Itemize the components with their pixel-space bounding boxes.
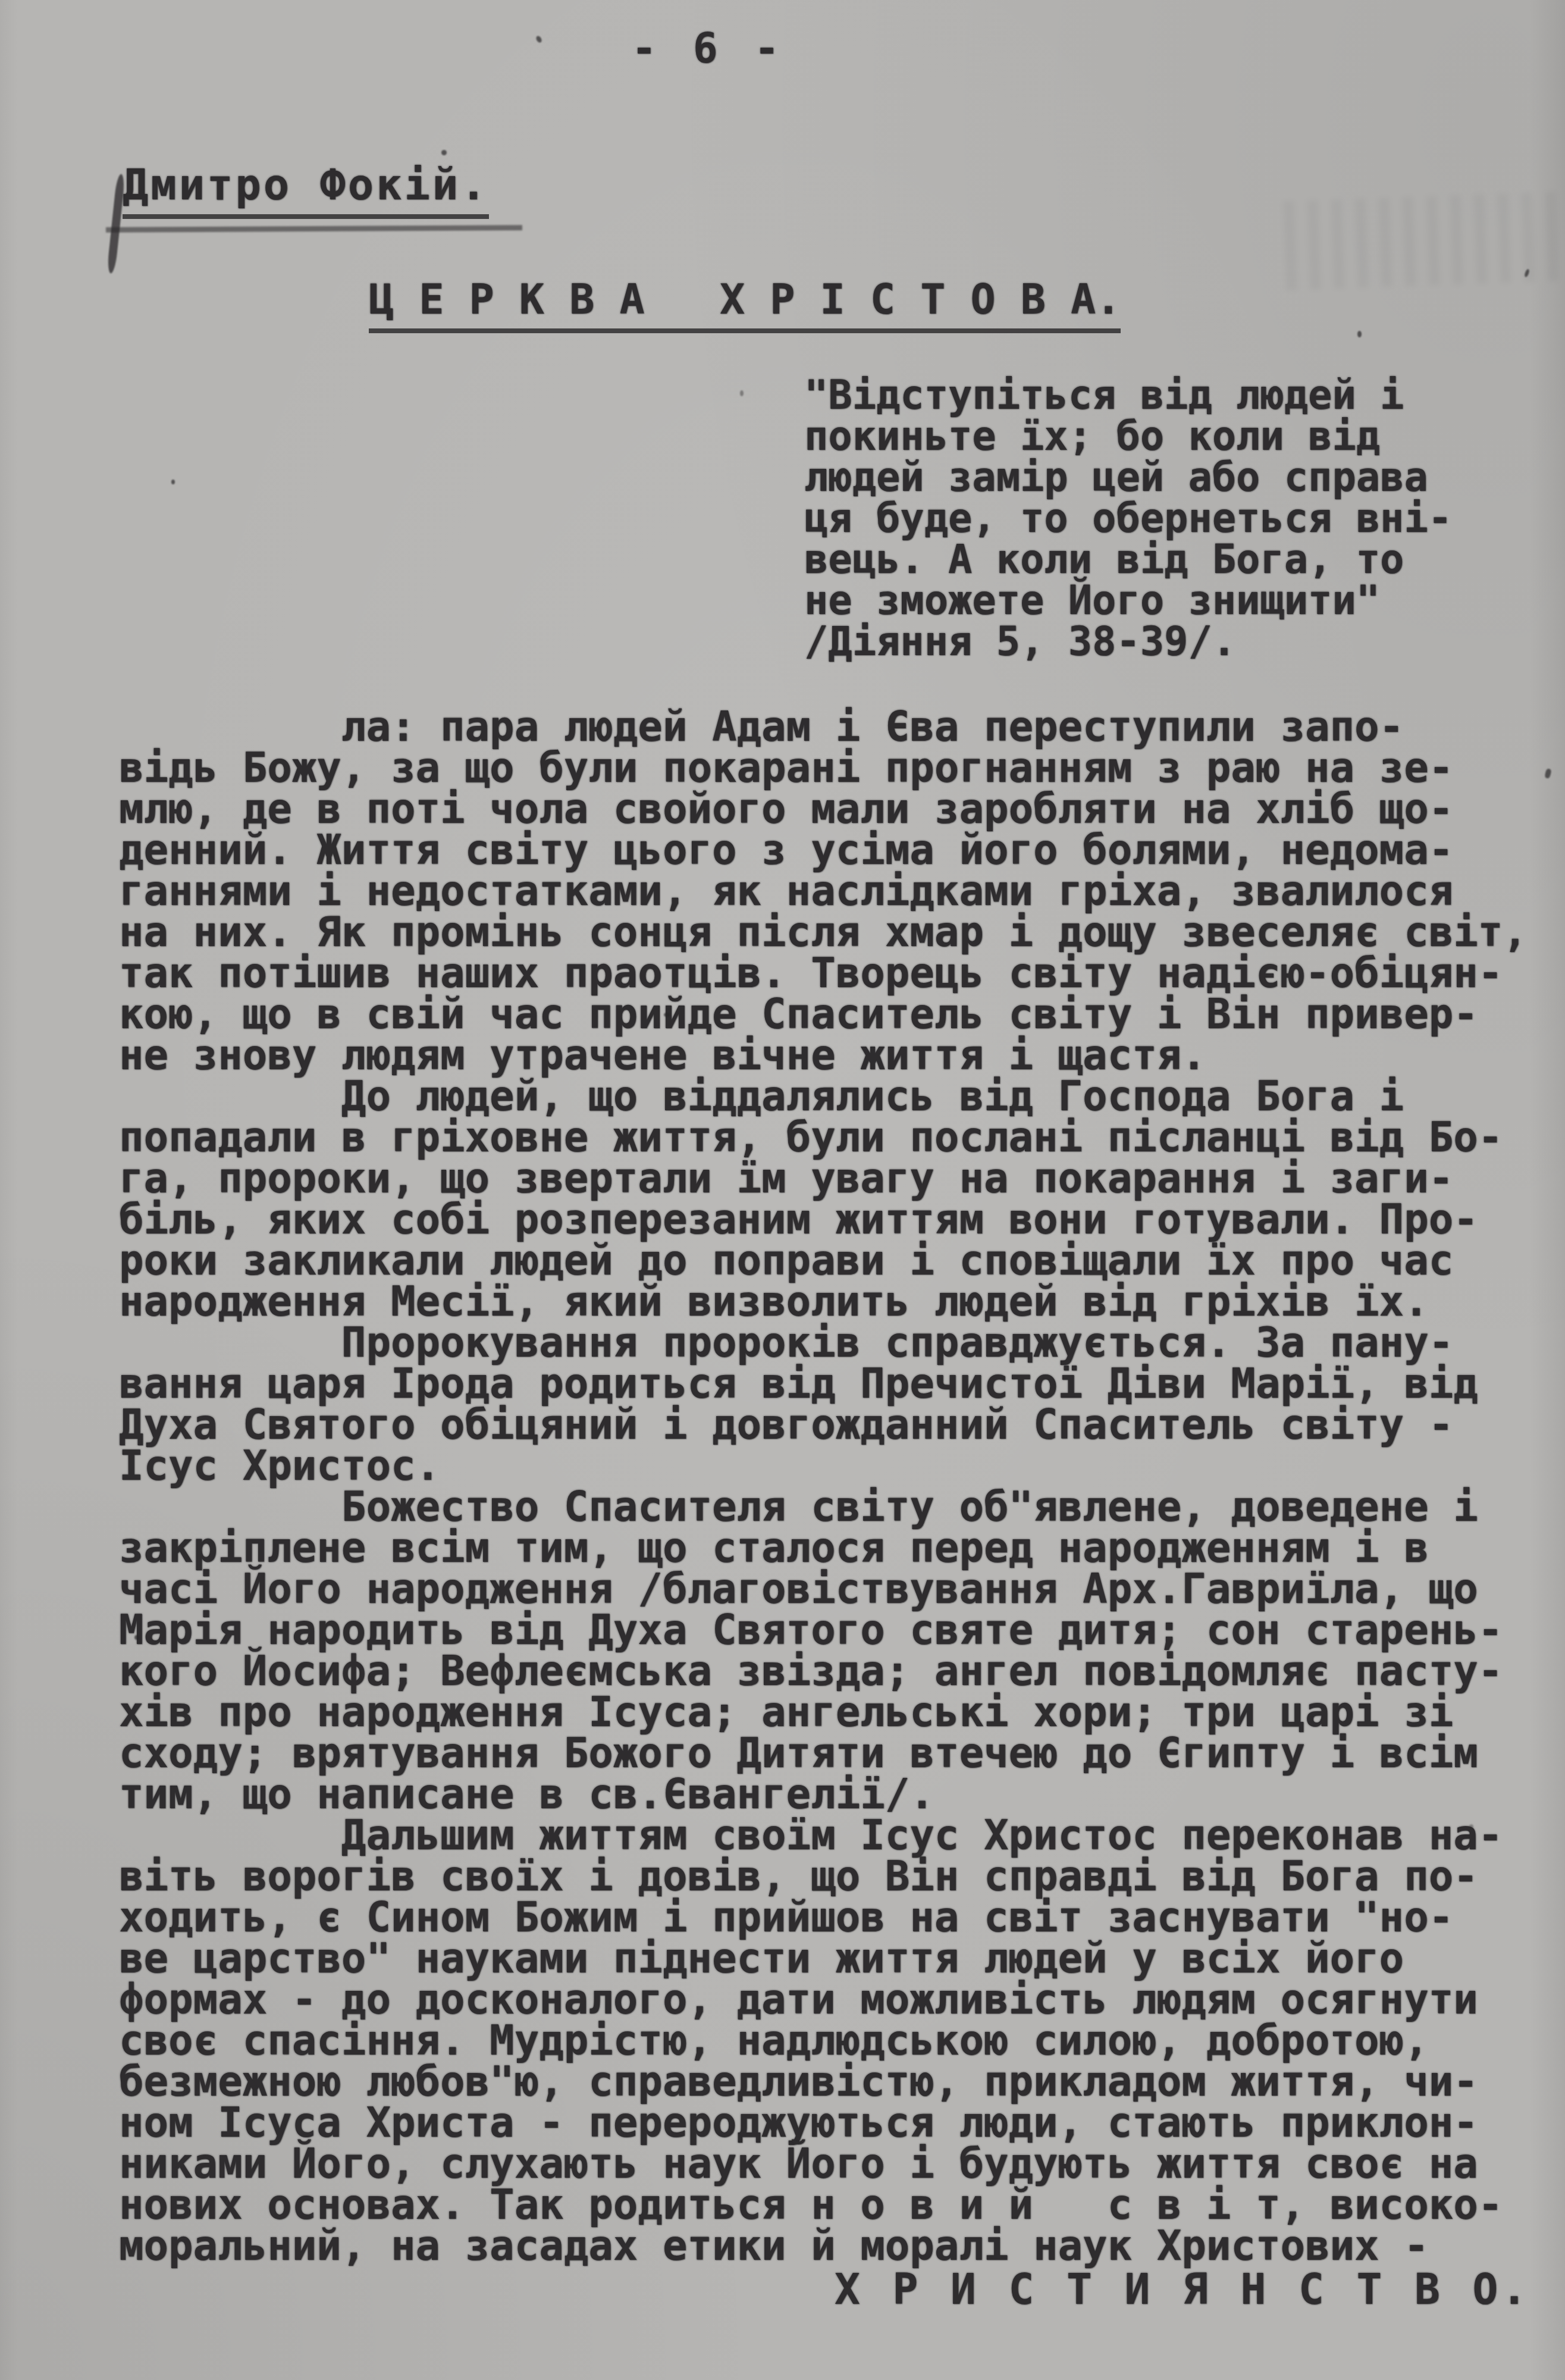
body-text-line: на них. Як промінь сонця після хмар і до… [119,912,1528,953]
body-text-line: формах - до досконалого, дати можливість… [119,1980,1528,2021]
body-text-line: Божество Спасителя світу об"явлене, дове… [119,1487,1528,1528]
body-text-line: До людей, що віддалялись від Господа Бог… [119,1076,1528,1117]
body-text-line: часі Його народження /благовіствування А… [119,1569,1528,1610]
body-text-line: вання царя Ірода родиться від Пречистої … [119,1364,1528,1405]
body-text-line: відь Божу, за що були покарані прогнання… [119,748,1528,789]
ink-speck [134,1635,139,1640]
body-text-line: га, пророки, що звертали їм увагу на пок… [119,1158,1528,1200]
body-text-line: моральний, на засадах етики й моралі нау… [119,2226,1528,2267]
page-number: - 6 - [632,25,785,73]
body-text-line: попадали в гріховне життя, були послані … [119,1117,1528,1158]
document-page: - 6 - Дмитро Фокій. Ц Е Р К В А Х Р І С … [0,0,1565,2380]
body-text-line: хів про народження Ісуса; ангельські хор… [119,1692,1528,1733]
body-text-line: Ісус Христос. [119,1446,1528,1487]
body-text-line: Дальшим життям своїм Ісус Христос переко… [119,1815,1528,1856]
body-text-line: закріплене всім тим, що сталося перед на… [119,1528,1528,1569]
epigraph-line: не зможете Його знищити" [804,580,1452,621]
body-text-line: так потішив наших праотців. Творець світ… [119,953,1528,994]
body-text-line: млю, де в поті чола свойого мали заробля… [119,789,1528,830]
body-text-line: народження Месії, який визволить людей в… [119,1282,1528,1323]
ink-speck [171,480,175,484]
epigraph-line: людей замір цей або справа [804,457,1452,498]
epigraph-line: покиньте їх; бо коли від [804,416,1452,457]
body-text-line: ве царство" науками піднести життя людей… [119,1939,1528,1980]
document-title-label: Ц Е Р К В А Х Р І С Т О В А. [369,275,1121,333]
body-text-line: безмежною любов"ю, справедливістю, прикл… [119,2062,1528,2103]
ink-speck [740,390,744,396]
author-name: Дмитро Фокій. [123,159,489,219]
body-text-line: Марія народить від Духа Святого святе ди… [119,1610,1528,1651]
body-text-line: тим, що написане в св.Євангелії/. [119,1774,1528,1815]
body-text-line: никами Його, слухають наук Його і будуют… [119,2144,1528,2185]
body-text-line: своє спасіння. Мудрістю, надлюдською сил… [119,2021,1528,2062]
pen-underline-mark [106,225,522,233]
body-text-line: ганнями і недостатками, як наслідками гр… [119,871,1528,912]
body-text-line: роки закликали людей до поправи і сповіщ… [119,1241,1528,1282]
body-text-line: ном Ісуса Христа - перероджуються люди, … [119,2103,1528,2144]
body-text-line: кою, що в свій час прийде Спаситель світ… [119,994,1528,1035]
epigraph-line: вець. А коли від Бога, то [804,539,1452,580]
epigraph-line: ця буде, то обернеться вні- [804,498,1452,539]
body-text-line: кого Йосифа; Вефлеємська звізда; ангел п… [119,1651,1528,1692]
ink-speck [1357,331,1362,337]
body-text-line: нових основах. Так родиться н о в и й с … [119,2185,1528,2226]
body-text-line: Духа Святого обіцяний і довгожданний Спа… [119,1405,1528,1446]
author-name-label: Дмитро Фокій. [123,159,489,219]
ink-speck [535,35,543,43]
document-title: Ц Е Р К В А Х Р І С Т О В А. [369,275,1121,333]
ink-speck [1469,1824,1473,1828]
body-text-line: ходить, є Сином Божим і прийшов на світ … [119,1897,1528,1939]
ink-speck [664,1013,670,1017]
body-text-line: ла: пара людей Адам і Єва переступили за… [119,707,1528,748]
body-text-line: віть ворогів своїх і довів, що Він справ… [119,1856,1528,1897]
ink-smudge [1284,192,1565,290]
body-text-line: біль, яких собі розперезаним життям вони… [119,1200,1528,1241]
body-text-line: денний. Життя світу цього з усіма його б… [119,830,1528,871]
closing-word: Х Р И С Т И Я Н С Т В О. [835,2265,1530,2314]
body-text-line: не знову людям утрачене вічне життя і ща… [119,1035,1528,1076]
epigraph-line: "Відступіться від людей і [804,375,1452,416]
ink-speck [441,150,447,155]
epigraph-block: "Відступіться від людей іпокиньте їх; бо… [804,375,1452,662]
body-text-block: ла: пара людей Адам і Єва переступили за… [119,707,1528,2267]
ink-speck [1544,768,1552,779]
body-text-line: Пророкування пророків справджується. За … [119,1323,1528,1364]
body-text-line: сходу; врятування Божого Дитяти втечею д… [119,1733,1528,1774]
epigraph-line: /Діяння 5, 38-39/. [804,621,1452,662]
